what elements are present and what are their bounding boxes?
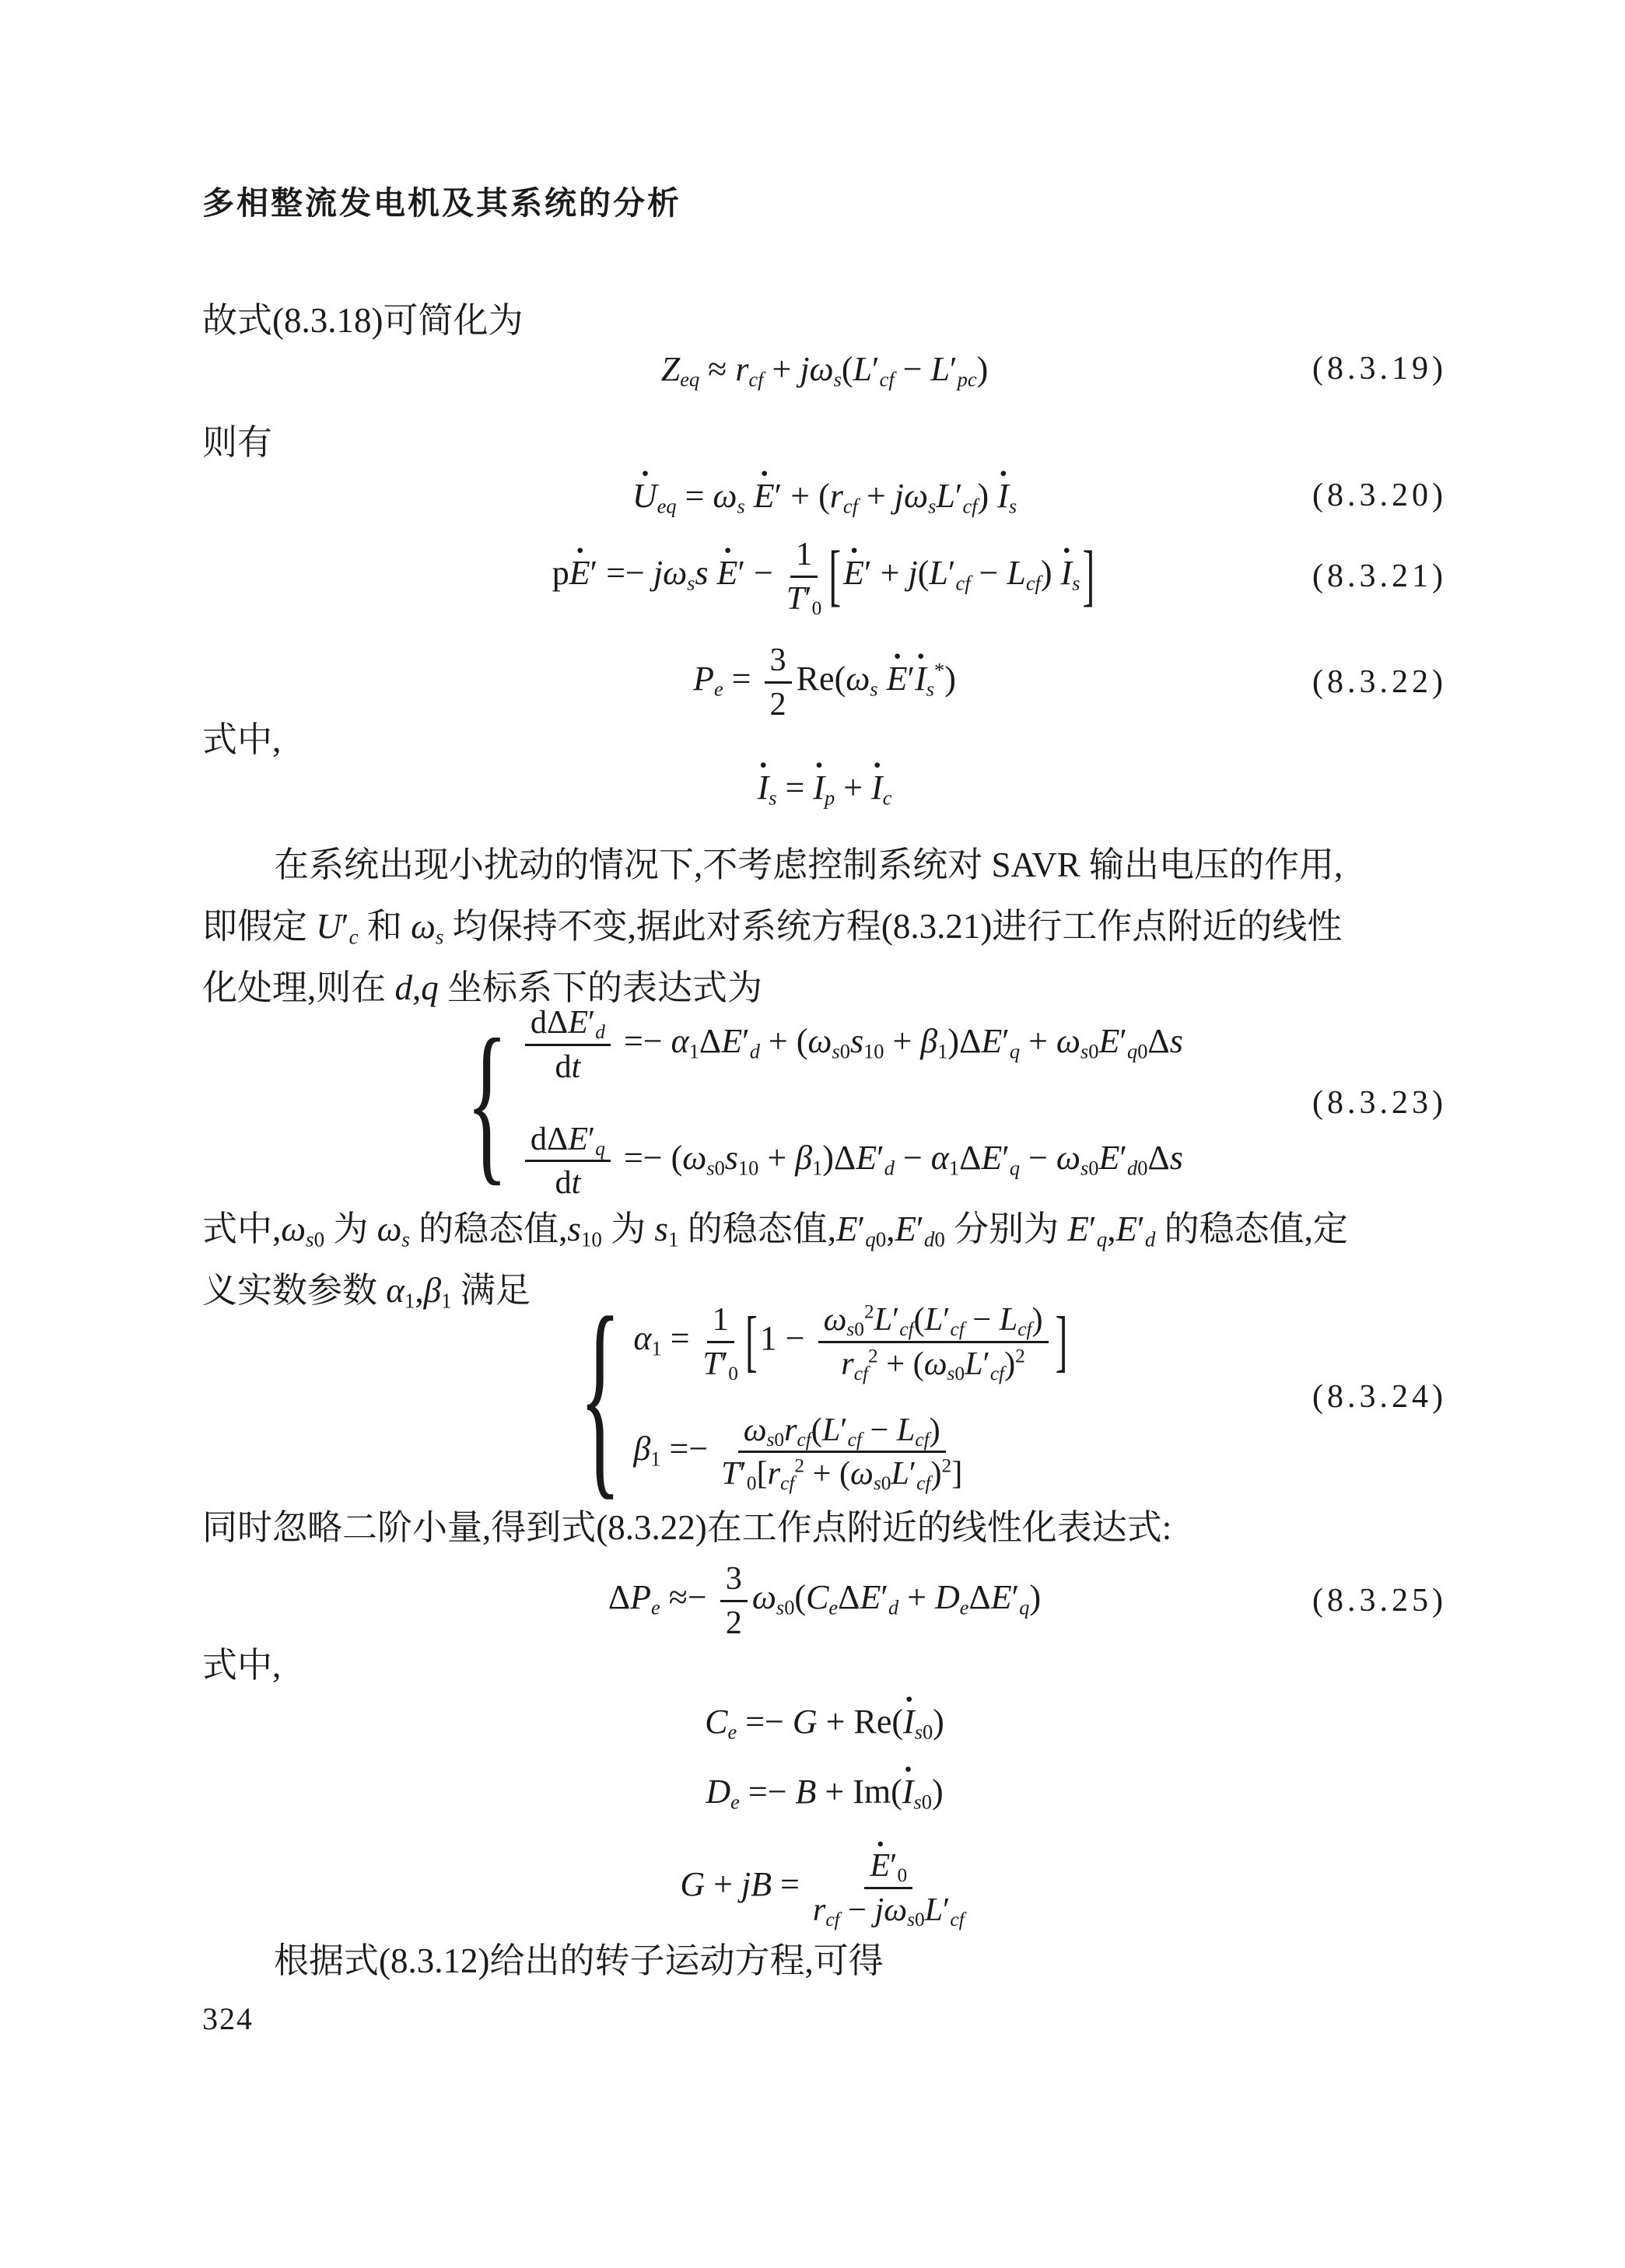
running-head: 多相整流发电机及其系统的分析 — [202, 177, 1447, 223]
body-line-steady-1: 式中,ωs0 为 ωs 的稳态值,s10 为 s1 的稳态值,E′q0,E′d0… — [202, 1206, 1447, 1252]
formula: Ueq = ωs E′ + (rcf + jωsL′cf) Is — [632, 476, 1017, 516]
formula: Pe = 32Re(ωs E′Is*) — [693, 642, 956, 723]
formula: dΔE′ddt =− α1ΔE′d + (ωs0s10 + β1)ΔE′q + … — [520, 1004, 1183, 1085]
equation-number: (8.3.24) — [1312, 1378, 1447, 1416]
paragraph-line-1: 在系统出现小扰动的情况下,不考虑控制系统对 SAVR 输出电压的作用, — [202, 842, 1447, 888]
formula: ΔPe ≈− 32ωs0(CeΔE′d + DeΔE′q) — [608, 1560, 1041, 1641]
equation-number: (8.3.21) — [1312, 558, 1447, 595]
paragraph-line-2: 即假定 U′c 和 ωs 均保持不变,据此对系统方程(8.3.21)进行工作点附… — [202, 904, 1447, 950]
formula: Is = Ip + Ic — [758, 768, 892, 807]
formula: Zeq ≈ rcf + jωs(L′cf − L′pc) — [661, 349, 988, 389]
document-page: 多相整流发电机及其系统的分析 故式(8.3.18)可简化为 Zeq ≈ rcf … — [0, 0, 1625, 2268]
formula: β1 =− ωs0rcf(L′cf − Lcf)T′0[rcf2 + (ωs0L… — [633, 1412, 967, 1493]
equation-is: Is = Ip + Ic — [202, 744, 1447, 831]
equation-system: { dΔE′ddt =− α1ΔE′d + (ωs0s10 + β1)ΔE′q … — [466, 1004, 1183, 1201]
equation-number: (8.3.22) — [1312, 663, 1447, 701]
equation-8-3-23: { dΔE′ddt =− α1ΔE′d + (ωs0s10 + β1)ΔE′q … — [202, 1005, 1447, 1201]
equation-8-3-19: Zeq ≈ rcf + jωs(L′cf − L′pc) (8.3.19) — [202, 334, 1447, 403]
equation-gb: G + jB = E′0rcf − jωs0L′cf — [202, 1822, 1447, 1954]
formula: dΔE′qdt =− (ωs0s10 + β1)ΔE′d − α1ΔE′q − … — [520, 1121, 1183, 1202]
formula: α1 = 1T′0[1 − ωs02L′cf(L′cf − Lcf)rcf2 +… — [633, 1301, 1070, 1382]
equation-number: (8.3.23) — [1312, 1084, 1447, 1122]
formula: De =− B + Im(Is0) — [706, 1772, 943, 1811]
equation-system: { α1 = 1T′0[1 − ωs02L′cf(L′cf − Lcf)rcf2… — [580, 1301, 1070, 1492]
body-line-final: 根据式(8.3.12)给出的转子运动方程,可得 — [202, 1938, 1447, 1984]
left-brace: { — [580, 1269, 622, 1525]
page-number: 324 — [202, 2000, 1447, 2037]
formula: Ce =− G + Re(Is0) — [705, 1702, 944, 1741]
formula: G + jB = E′0rcf − jωs0L′cf — [680, 1847, 968, 1928]
equation-number: (8.3.20) — [1312, 477, 1447, 514]
equation-de: De =− B + Im(Is0) — [202, 1753, 1447, 1829]
equation-number: (8.3.25) — [1312, 1582, 1447, 1619]
equation-number: (8.3.19) — [1312, 350, 1447, 387]
equation-8-3-24: { α1 = 1T′0[1 − ωs02L′cf(L′cf − Lcf)rcf2… — [202, 1293, 1447, 1501]
equation-8-3-21: pE′ =− jωss E′ − 1T′0[E′ + j(L′cf − Lcf)… — [202, 515, 1447, 638]
left-brace: { — [466, 1000, 508, 1206]
equation-ce: Ce =− G + Re(Is0) — [202, 1683, 1447, 1759]
equation-8-3-25: ΔPe ≈− 32ωs0(CeΔE′d + DeΔE′q) (8.3.25) — [202, 1543, 1447, 1658]
body-line-where2: 式中, — [202, 1643, 1447, 1689]
formula: pE′ =− jωss E′ − 1T′0[E′ + j(L′cf − Lcf)… — [552, 536, 1098, 617]
